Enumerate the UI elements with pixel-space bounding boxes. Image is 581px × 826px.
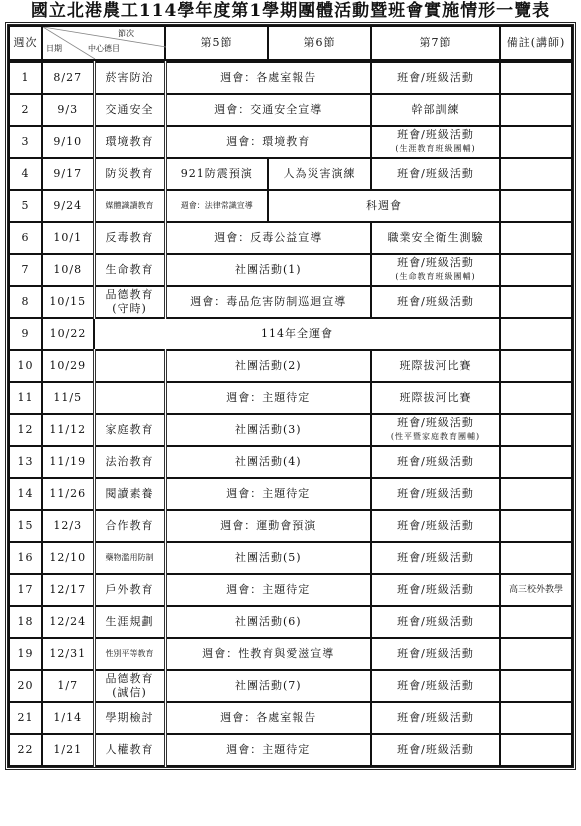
table-row: 59/24媒體識讀教育週會：法律常識宣導科週會 [9,190,572,222]
header-date-label: 日期 [46,44,62,54]
period-7-cell: 班會/班級活動 [371,638,500,670]
period-5-6-cell-text: 週會：性教育與愛滋宣導 [167,647,371,661]
period-5-6-cell: 社團活動(4) [165,446,371,478]
period-7-cell-text: 職業安全衛生測驗 [372,231,499,245]
period-7-cell-text: 班會/班級活動 [372,647,499,661]
period-7-cell-text: 班際拔河比賽 [372,391,499,405]
period-5-6-cell-text: 社團活動(2) [167,359,371,373]
period-5-6-cell: 社團活動(1) [165,254,371,286]
header-theme-label: 中心德目 [88,44,120,54]
date-cell: 1/7 [42,670,94,702]
date-cell-text: 9/10 [43,135,93,149]
week-cell-text: 21 [10,711,41,725]
theme-cell-text: 品德教育 [96,288,164,302]
date-cell: 11/26 [42,478,94,510]
theme-cell-text: 防災教育 [96,167,164,181]
table-row: 29/3交通安全週會：交通安全宣導幹部訓練 [9,94,572,126]
theme-cell: 家庭教育 [94,414,165,446]
date-cell: 10/22 [42,318,94,350]
theme-cell: 學期檢討 [94,702,165,734]
period-7-cell-text: 幹部訓練 [372,103,499,117]
period-7-cell-text: 班會/班級活動 [372,551,499,565]
theme-cell: 生命教育 [94,254,165,286]
date-cell-text: 9/17 [43,167,93,181]
table-row: 201/7品德教育(誠信)社團活動(7)班會/班級活動 [9,670,572,702]
week-cell: 8 [9,286,42,318]
period-5-6-cell-text: 社團活動(1) [167,263,371,277]
header-period-5: 第5節 [165,26,268,60]
period-5-cell: 921防震預演 [165,158,268,190]
period-7-cell: 班會/班級活動 [371,510,500,542]
date-cell: 11/5 [42,382,94,414]
remark-cell [500,670,572,702]
date-cell-text: 1/21 [43,743,93,757]
week-cell: 15 [9,510,42,542]
theme-cell: 人權教育 [94,734,165,766]
date-cell: 1/14 [42,702,94,734]
period-7-cell-text: 班會/班級活動 [372,128,499,142]
period-7-cell-text: 班會/班級活動 [372,519,499,533]
week-cell-text: 8 [10,295,41,309]
theme-cell-text: 法治教育 [96,455,164,469]
table-row: 810/15品德教育(守時)週會：毒品危害防制巡迴宣導班會/班級活動 [9,286,572,318]
week-cell-text: 12 [10,423,41,437]
period-7-cell-subtext: (生涯教育班級團輔) [372,142,499,156]
week-cell: 18 [9,606,42,638]
period-5-6-cell: 週會：運動會預演 [165,510,371,542]
date-cell: 9/17 [42,158,94,190]
date-cell-text: 9/3 [43,103,93,117]
remark-cell [500,318,572,350]
period-5-6-cell-text: 週會：環境教育 [167,135,371,149]
header-row: 週次 節次 日期 中心德目 第5節 第6節 第7節 備註(講師) [9,26,572,60]
period-7-cell-text: 班會/班級活動 [372,615,499,629]
theme-cell: 菸害防治 [94,62,165,94]
period-7-cell-text: 班會/班級活動 [372,455,499,469]
theme-cell: 法治教育 [94,446,165,478]
theme-cell-text: 菸害防治 [96,71,164,85]
remark-cell [500,734,572,766]
theme-cell-text: 合作教育 [96,519,164,533]
theme-cell-text: 媒體識讀教育 [96,199,164,213]
period-5-6-cell: 週會：反毒公益宣導 [165,222,371,254]
period-7-cell: 班會/班級活動 [371,574,500,606]
theme-cell-text: 戶外教育 [96,583,164,597]
merged-event-cell: 114年全運會 [94,318,500,350]
table-row: 1211/12家庭教育社團活動(3)班會/班級活動(性平暨家庭教育團輔) [9,414,572,446]
period-5-6-cell-text: 週會：各處室報告 [167,711,371,725]
theme-cell-text: 交通安全 [96,103,164,117]
period-6-cell: 人為災害演練 [268,158,371,190]
period-7-cell-text: 班會/班級活動 [372,416,499,430]
week-cell-text: 19 [10,647,41,661]
week-cell: 11 [9,382,42,414]
period-7-cell: 班會/班級活動(生涯教育班級團輔) [371,126,500,158]
week-cell: 20 [9,670,42,702]
table-row: 18/27菸害防治週會：各處室報告班會/班級活動 [9,62,572,94]
remark-cell [500,94,572,126]
diagonal-lines [43,27,166,59]
week-cell-text: 4 [10,167,41,181]
date-cell: 9/24 [42,190,94,222]
theme-cell-text: 藥物濫用防制 [96,551,164,565]
theme-cell-subtext: (守時) [96,302,164,316]
period-6-7-cell: 科週會 [268,190,500,222]
week-cell-text: 22 [10,743,41,757]
period-5-6-cell: 週會：交通安全宣導 [165,94,371,126]
theme-cell-text: 人權教育 [96,743,164,757]
date-cell-text: 1/14 [43,711,93,725]
header-period-7: 第7節 [371,26,500,60]
week-cell-text: 6 [10,231,41,245]
period-7-cell-text: 班會/班級活動 [372,167,499,181]
date-cell-text: 11/26 [43,487,93,501]
document-title: 國立北港農工114學年度第1學期團體活動暨班會實施情形一覽表 [0,0,581,22]
merged-event-cell-text: 114年全運會 [95,327,499,341]
date-cell: 12/24 [42,606,94,638]
table-row: 1311/19法治教育社團活動(4)班會/班級活動 [9,446,572,478]
theme-cell-text: 生命教育 [96,263,164,277]
week-cell-text: 9 [10,327,41,341]
table-row: 1712/17戶外教育週會：主題待定班會/班級活動高三校外教學 [9,574,572,606]
theme-cell-text: 反毒教育 [96,231,164,245]
week-cell: 2 [9,94,42,126]
header-diagonal-cell: 節次 日期 中心德目 [42,26,165,60]
week-cell-text: 14 [10,487,41,501]
week-cell: 12 [9,414,42,446]
period-7-cell: 班會/班級活動 [371,702,500,734]
remark-cell [500,382,572,414]
period-5-cell-text: 週會：法律常識宣導 [167,199,268,213]
week-cell-text: 1 [10,71,41,85]
date-cell: 11/19 [42,446,94,478]
period-5-6-cell: 週會：性教育與愛滋宣導 [165,638,371,670]
period-5-6-cell: 週會：毒品危害防制巡迴宣導 [165,286,371,318]
remark-cell [500,350,572,382]
week-cell: 1 [9,62,42,94]
remark-cell [500,414,572,446]
period-6-cell-text: 人為災害演練 [269,167,370,181]
date-cell: 8/27 [42,62,94,94]
period-7-cell: 班會/班級活動 [371,606,500,638]
week-cell-text: 20 [10,679,41,693]
period-5-6-cell-text: 週會：各處室報告 [167,71,371,85]
remark-cell [500,286,572,318]
period-5-6-cell: 社團活動(5) [165,542,371,574]
period-5-6-cell-text: 社團活動(5) [167,551,371,565]
date-cell: 11/12 [42,414,94,446]
period-5-6-cell: 週會：主題待定 [165,574,371,606]
week-cell: 5 [9,190,42,222]
table-row: 1612/10藥物濫用防制社團活動(5)班會/班級活動 [9,542,572,574]
period-5-6-cell: 週會：主題待定 [165,734,371,766]
date-cell: 12/31 [42,638,94,670]
table-row: 49/17防災教育921防震預演人為災害演練班會/班級活動 [9,158,572,190]
date-cell-text: 12/3 [43,519,93,533]
period-7-cell: 班會/班級活動 [371,62,500,94]
table-row: 710/8生命教育社團活動(1)班會/班級活動(生命教育班級團輔) [9,254,572,286]
period-7-cell: 班會/班級活動 [371,446,500,478]
week-cell-text: 15 [10,519,41,533]
remark-cell [500,702,572,734]
date-cell-text: 12/24 [43,615,93,629]
remark-cell [500,446,572,478]
period-7-cell-subtext: (性平暨家庭教育團輔) [372,430,499,444]
week-cell-text: 2 [10,103,41,117]
period-7-cell-text: 班會/班級活動 [372,711,499,725]
theme-cell-text: 生涯規劃 [96,615,164,629]
week-cell-text: 16 [10,551,41,565]
date-cell-text: 10/1 [43,231,93,245]
week-cell-text: 17 [10,583,41,597]
theme-cell: 戶外教育 [94,574,165,606]
theme-cell: 藥物濫用防制 [94,542,165,574]
period-5-6-cell-text: 週會：運動會預演 [167,519,371,533]
schedule-table: 週次 節次 日期 中心德目 第5節 第6節 第7節 備註(講師) 18/27菸害… [5,22,576,770]
period-5-6-cell: 週會：各處室報告 [165,702,371,734]
period-7-cell: 班際拔河比賽 [371,382,500,414]
date-cell-text: 10/15 [43,295,93,309]
period-5-6-cell: 週會：主題待定 [165,382,371,414]
remark-cell [500,478,572,510]
remark-cell [500,542,572,574]
week-cell: 22 [9,734,42,766]
theme-cell-text: 家庭教育 [96,423,164,437]
week-cell: 4 [9,158,42,190]
remark-cell [500,222,572,254]
remark-cell [500,638,572,670]
table-row: 1111/5週會：主題待定班際拔河比賽 [9,382,572,414]
remark-cell [500,62,572,94]
theme-cell: 交通安全 [94,94,165,126]
period-5-6-cell: 社團活動(7) [165,670,371,702]
week-cell: 14 [9,478,42,510]
theme-cell-text: 閱讀素養 [96,487,164,501]
theme-cell [94,350,165,382]
period-7-cell: 班會/班級活動 [371,670,500,702]
theme-cell: 生涯規劃 [94,606,165,638]
remark-cell [500,510,572,542]
date-cell-text: 9/24 [43,199,93,213]
period-5-6-cell: 社團活動(2) [165,350,371,382]
date-cell-text: 10/8 [43,263,93,277]
date-cell: 12/3 [42,510,94,542]
period-7-cell: 班會/班級活動 [371,478,500,510]
header-week: 週次 [9,26,42,60]
week-cell: 9 [9,318,42,350]
theme-cell: 性別平等教育 [94,638,165,670]
week-cell-text: 11 [10,391,41,405]
date-cell-text: 11/19 [43,455,93,469]
period-7-cell: 幹部訓練 [371,94,500,126]
date-cell: 10/29 [42,350,94,382]
week-cell: 19 [9,638,42,670]
period-5-6-cell-text: 週會：主題待定 [167,583,371,597]
period-5-6-cell-text: 社團活動(7) [167,679,371,693]
table-row: 610/1反毒教育週會：反毒公益宣導職業安全衛生測驗 [9,222,572,254]
period-5-6-cell: 社團活動(3) [165,414,371,446]
header-period-label: 節次 [118,29,134,39]
period-7-cell-text: 班際拔河比賽 [372,359,499,373]
period-7-cell: 班會/班級活動 [371,734,500,766]
date-cell: 1/21 [42,734,94,766]
remark-cell [500,606,572,638]
week-cell-text: 5 [10,199,41,213]
period-5-6-cell-text: 社團活動(4) [167,455,371,469]
date-cell-text: 12/17 [43,583,93,597]
table-row: 1912/31性別平等教育週會：性教育與愛滋宣導班會/班級活動 [9,638,572,670]
week-cell-text: 7 [10,263,41,277]
theme-cell-text: 環境教育 [96,135,164,149]
period-5-6-cell-text: 週會：反毒公益宣導 [167,231,371,245]
period-5-6-cell-text: 社團活動(6) [167,615,371,629]
theme-cell: 環境教育 [94,126,165,158]
period-7-cell-text: 班會/班級活動 [372,295,499,309]
period-5-cell: 週會：法律常識宣導 [165,190,268,222]
header-remark: 備註(講師) [500,26,572,60]
date-cell-text: 12/10 [43,551,93,565]
date-cell-text: 1/7 [43,679,93,693]
period-7-cell: 班會/班級活動 [371,542,500,574]
period-7-cell: 班會/班級活動(性平暨家庭教育團輔) [371,414,500,446]
period-7-cell-text: 班會/班級活動 [372,256,499,270]
period-5-cell-text: 921防震預演 [167,167,268,181]
theme-cell: 合作教育 [94,510,165,542]
theme-cell: 品德教育(守時) [94,286,165,318]
date-cell-text: 8/27 [43,71,93,85]
period-7-cell: 班際拔河比賽 [371,350,500,382]
date-cell-text: 11/12 [43,423,93,437]
week-cell: 17 [9,574,42,606]
period-7-cell-text: 班會/班級活動 [372,487,499,501]
theme-cell-text: 性別平等教育 [96,647,164,661]
period-5-6-cell-text: 週會：毒品危害防制巡迴宣導 [167,295,371,309]
remark-cell [500,158,572,190]
table-row: 221/21人權教育週會：主題待定班會/班級活動 [9,734,572,766]
period-7-cell: 職業安全衛生測驗 [371,222,500,254]
remark-cell [500,126,572,158]
date-cell: 10/1 [42,222,94,254]
table-row: 1812/24生涯規劃社團活動(6)班會/班級活動 [9,606,572,638]
theme-cell: 反毒教育 [94,222,165,254]
table-row: 39/10環境教育週會：環境教育班會/班級活動(生涯教育班級團輔) [9,126,572,158]
theme-cell: 防災教育 [94,158,165,190]
table-row: 910/22114年全運會 [9,318,572,350]
date-cell-text: 11/5 [43,391,93,405]
period-5-6-cell: 社團活動(6) [165,606,371,638]
date-cell-text: 12/31 [43,647,93,661]
period-5-6-cell-text: 週會：主題待定 [167,487,371,501]
table-row: 1010/29社團活動(2)班際拔河比賽 [9,350,572,382]
week-cell: 3 [9,126,42,158]
week-cell-text: 3 [10,135,41,149]
remark-cell: 高三校外教學 [500,574,572,606]
period-7-cell-text: 班會/班級活動 [372,743,499,757]
theme-cell: 媒體識讀教育 [94,190,165,222]
header-period-6: 第6節 [268,26,371,60]
remark-cell [500,190,572,222]
theme-cell-subtext: (誠信) [96,686,164,700]
week-cell-text: 10 [10,359,41,373]
date-cell: 10/15 [42,286,94,318]
theme-cell: 品德教育(誠信) [94,670,165,702]
period-5-6-cell-text: 週會：交通安全宣導 [167,103,371,117]
theme-cell: 閱讀素養 [94,478,165,510]
date-cell: 12/17 [42,574,94,606]
period-7-cell: 班會/班級活動 [371,286,500,318]
period-6-7-cell-text: 科週會 [269,199,499,213]
period-7-cell-text: 班會/班級活動 [372,679,499,693]
table-row: 211/14學期檢討週會：各處室報告班會/班級活動 [9,702,572,734]
period-7-cell: 班會/班級活動 [371,158,500,190]
period-7-cell-text: 班會/班級活動 [372,71,499,85]
period-5-6-cell-text: 週會：主題待定 [167,391,371,405]
period-7-cell-subtext: (生命教育班級團輔) [372,270,499,284]
week-cell: 13 [9,446,42,478]
period-5-6-cell-text: 社團活動(3) [167,423,371,437]
period-7-cell-text: 班會/班級活動 [372,583,499,597]
week-cell: 7 [9,254,42,286]
week-cell: 6 [9,222,42,254]
period-5-6-cell: 週會：各處室報告 [165,62,371,94]
week-cell: 21 [9,702,42,734]
date-cell: 10/8 [42,254,94,286]
table-row: 1512/3合作教育週會：運動會預演班會/班級活動 [9,510,572,542]
week-cell-text: 18 [10,615,41,629]
date-cell-text: 10/22 [43,327,93,341]
theme-cell [94,382,165,414]
week-cell: 16 [9,542,42,574]
week-cell-text: 13 [10,455,41,469]
date-cell-text: 10/29 [43,359,93,373]
period-5-6-cell-text: 週會：主題待定 [167,743,371,757]
table-row: 1411/26閱讀素養週會：主題待定班會/班級活動 [9,478,572,510]
date-cell: 9/3 [42,94,94,126]
period-5-6-cell: 週會：主題待定 [165,478,371,510]
week-cell: 10 [9,350,42,382]
remark-cell-text: 高三校外教學 [501,583,571,597]
theme-cell-text: 品德教育 [96,672,164,686]
period-7-cell: 班會/班級活動(生命教育班級團輔) [371,254,500,286]
date-cell: 9/10 [42,126,94,158]
remark-cell [500,254,572,286]
theme-cell-text: 學期檢討 [96,711,164,725]
period-5-6-cell: 週會：環境教育 [165,126,371,158]
date-cell: 12/10 [42,542,94,574]
